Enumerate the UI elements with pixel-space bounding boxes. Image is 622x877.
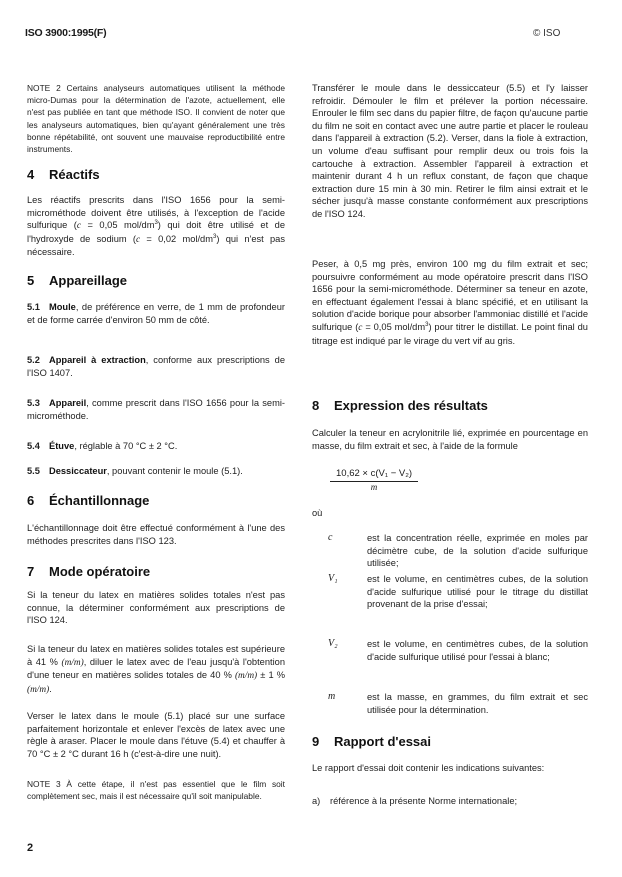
copyright-mark: © ISO xyxy=(533,28,560,39)
where-label: où xyxy=(312,507,588,520)
section-7-para-3: Verser le latex dans le moule (5.1) plac… xyxy=(27,710,285,760)
definition-text: est la concentration réelle, exprimée en… xyxy=(367,532,588,570)
subsection-5-3: 5.3Appareil, comme prescrit dans l'ISO 1… xyxy=(27,397,285,422)
formula-numerator: 10,62 × c(V₁ − V₂) xyxy=(330,468,418,482)
note-2: NOTE 2 Certains analyseurs automatiques … xyxy=(27,82,285,155)
section-7-para-2: Si la teneur du latex en matières solide… xyxy=(27,643,285,696)
section-5-heading: 5Appareillage xyxy=(27,273,285,288)
section-9-heading: 9Rapport d'essai xyxy=(312,734,588,749)
section-9-intro: Le rapport d'essai doit contenir les ind… xyxy=(312,762,588,775)
definition-text: est le volume, en centimètres cubes, de … xyxy=(367,638,588,663)
definition-text: est la masse, en grammes, du film extrai… xyxy=(367,691,588,716)
subsection-5-1: 5.1Moule, de préférence en verre, de 1 m… xyxy=(27,301,285,326)
section-8-intro: Calculer la teneur en acrylonitrile lié,… xyxy=(312,427,588,452)
section-6-heading: 6Échantillonnage xyxy=(27,493,285,508)
definition-symbol: V₂ xyxy=(328,638,338,649)
formula: 10,62 × c(V₁ − V₂) m xyxy=(330,468,418,492)
section-4-heading: 4Réactifs xyxy=(27,167,285,182)
subsection-5-5: 5.5Dessiccateur, pouvant contenir le mou… xyxy=(27,465,285,478)
section-8-heading: 8Expression des résultats xyxy=(312,398,588,413)
section-7-para-4: Transférer le moule dans le dessiccateur… xyxy=(312,82,588,221)
note-3: NOTE 3 À cette étape, il n'est pas essen… xyxy=(27,778,285,802)
section-7-para-1: Si la teneur du latex en matières solide… xyxy=(27,589,285,627)
document-id: ISO 3900:1995(F) xyxy=(25,27,106,39)
section-4-body: Les réactifs prescrits dans l'ISO 1656 p… xyxy=(27,194,285,259)
subsection-5-4: 5.4Étuve, réglable à 70 °C ± 2 °C. xyxy=(27,440,285,453)
section-number: 4 xyxy=(27,167,49,182)
section-7-heading: 7Mode opératoire xyxy=(27,564,285,579)
section-7-para-5: Peser, à 0,5 mg près, environ 100 mg du … xyxy=(312,258,588,347)
report-item-a: a)référence à la présente Norme internat… xyxy=(312,795,588,808)
definition-symbol: m xyxy=(328,691,335,702)
page-number: 2 xyxy=(27,842,33,854)
formula-denominator: m xyxy=(330,482,418,492)
definition-symbol: V₁ xyxy=(328,573,338,584)
section-title: Réactifs xyxy=(49,167,100,182)
definition-symbol: c xyxy=(328,532,332,543)
definition-text: est le volume, en centimètres cubes, de … xyxy=(367,573,588,611)
subsection-5-2: 5.2Appareil à extraction, conforme aux p… xyxy=(27,354,285,379)
section-6-body: L'échantillonnage doit être effectué con… xyxy=(27,522,285,547)
